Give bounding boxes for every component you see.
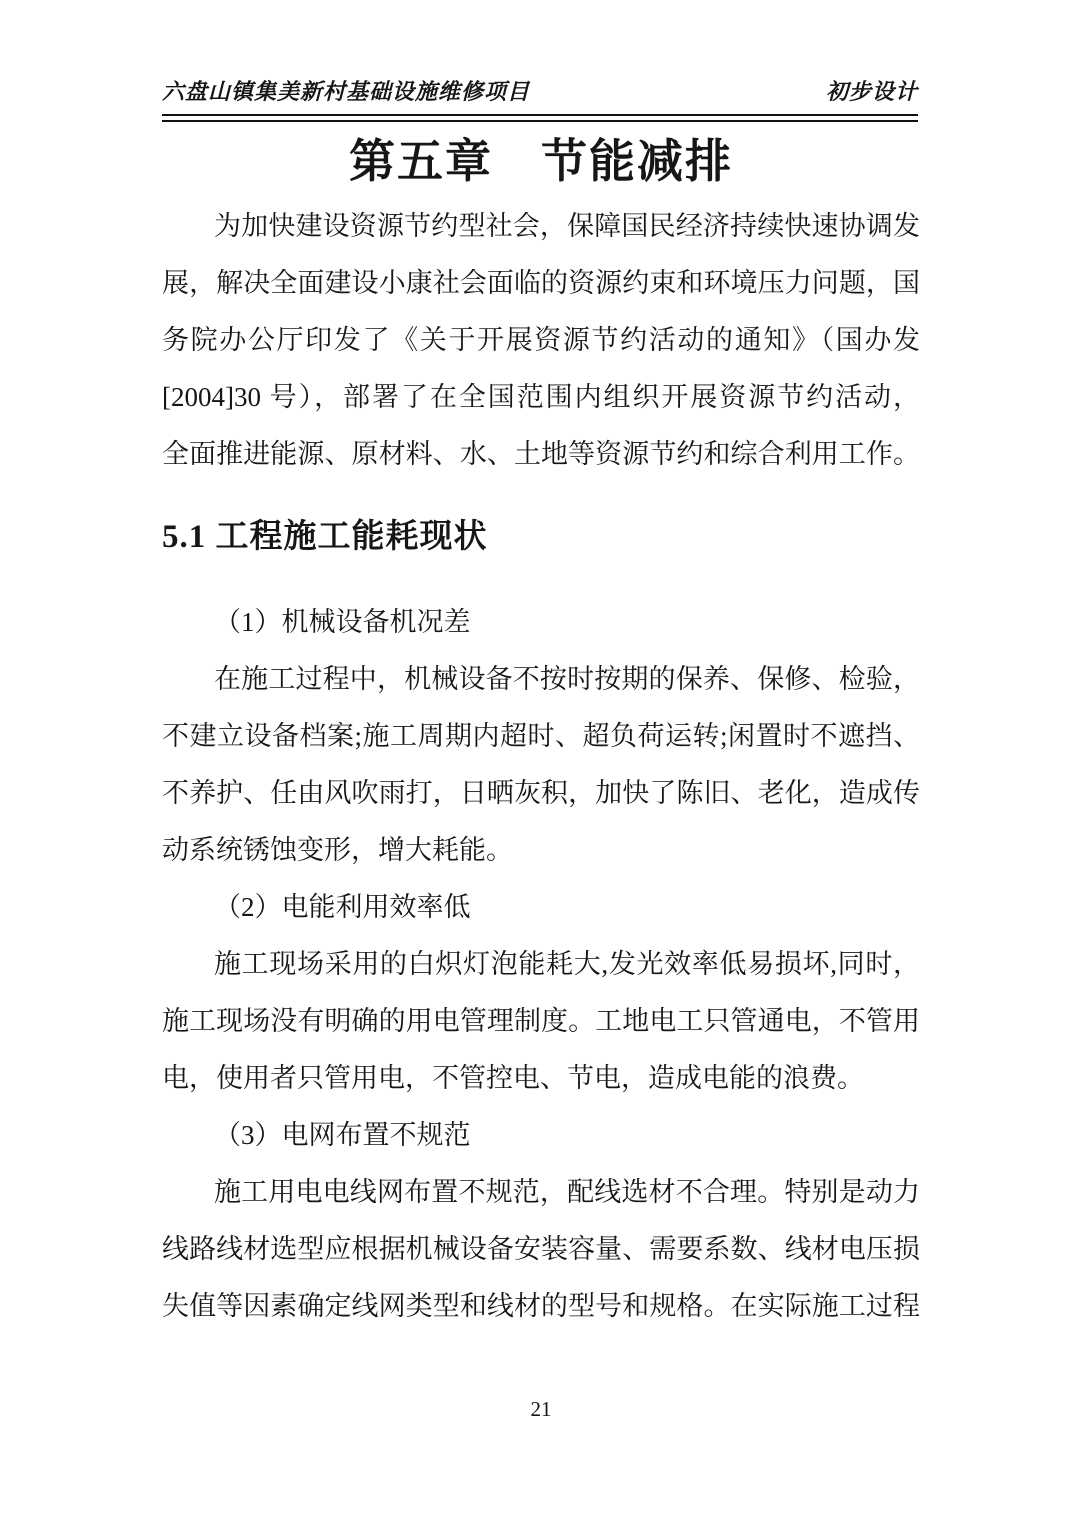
list-item-heading: （1）机械设备机况差	[162, 594, 920, 651]
header-double-rule	[162, 114, 918, 122]
intro-line: 展，解决全面建设小康社会面临的资源约束和环境压力问题，国	[162, 255, 920, 312]
body-line: 失值等因素确定线网类型和线材的型号和规格。在实际施工过程	[162, 1278, 920, 1335]
header-doc-stage: 初步设计	[826, 78, 918, 106]
document-page: 六盘山镇集美新村基础设施维修项目 初步设计 第五章 节能减排 为加快建设资源节约…	[0, 0, 1074, 1520]
body-line: 动系统锈蚀变形，增大耗能。	[162, 822, 920, 879]
body-line: 在施工过程中，机械设备不按时按期的保养、保修、检验，	[162, 651, 920, 708]
intro-paragraph: 为加快建设资源节约型社会，保障国民经济持续快速协调发 展，解决全面建设小康社会面…	[162, 198, 920, 483]
list-item-heading: （2）电能利用效率低	[162, 879, 920, 936]
list-item-heading: （3）电网布置不规范	[162, 1107, 920, 1164]
page-number: 21	[162, 1396, 920, 1422]
body-line: 线路线材选型应根据机械设备安装容量、需要系数、线材电压损	[162, 1221, 920, 1278]
intro-line: 务院办公厅印发了《关于开展资源节约活动的通知》（国办发	[162, 312, 920, 369]
header-project-name: 六盘山镇集美新村基础设施维修项目	[162, 78, 530, 106]
body-line: 施工用电电线网布置不规范，配线选材不合理。特别是动力	[162, 1164, 920, 1221]
body-line: 不建立设备档案;施工周期内超时、超负荷运转;闲置时不遮挡、	[162, 708, 920, 765]
intro-line: 全面推进能源、原材料、水、土地等资源节约和综合利用工作。	[162, 426, 920, 483]
chapter-title: 第五章 节能减排	[162, 134, 920, 190]
body-line: 不养护、任由风吹雨打，日晒灰积，加快了陈旧、老化，造成传	[162, 765, 920, 822]
intro-line: 为加快建设资源节约型社会，保障国民经济持续快速协调发	[162, 198, 920, 255]
intro-line: [2004]30 号），部署了在全国范围内组织开展资源节约活动，	[162, 369, 920, 426]
body-line: 施工现场没有明确的用电管理制度。工地电工只管通电，不管用	[162, 993, 920, 1050]
section-body: （1）机械设备机况差 在施工过程中，机械设备不按时按期的保养、保修、检验， 不建…	[162, 594, 920, 1335]
body-line: 施工现场采用的白炽灯泡能耗大,发光效率低易损坏,同时，	[162, 936, 920, 993]
section-heading: 5.1 工程施工能耗现状	[162, 514, 920, 560]
page-header: 六盘山镇集美新村基础设施维修项目 初步设计	[162, 78, 918, 106]
body-line: 电，使用者只管用电，不管控电、节电，造成电能的浪费。	[162, 1050, 920, 1107]
